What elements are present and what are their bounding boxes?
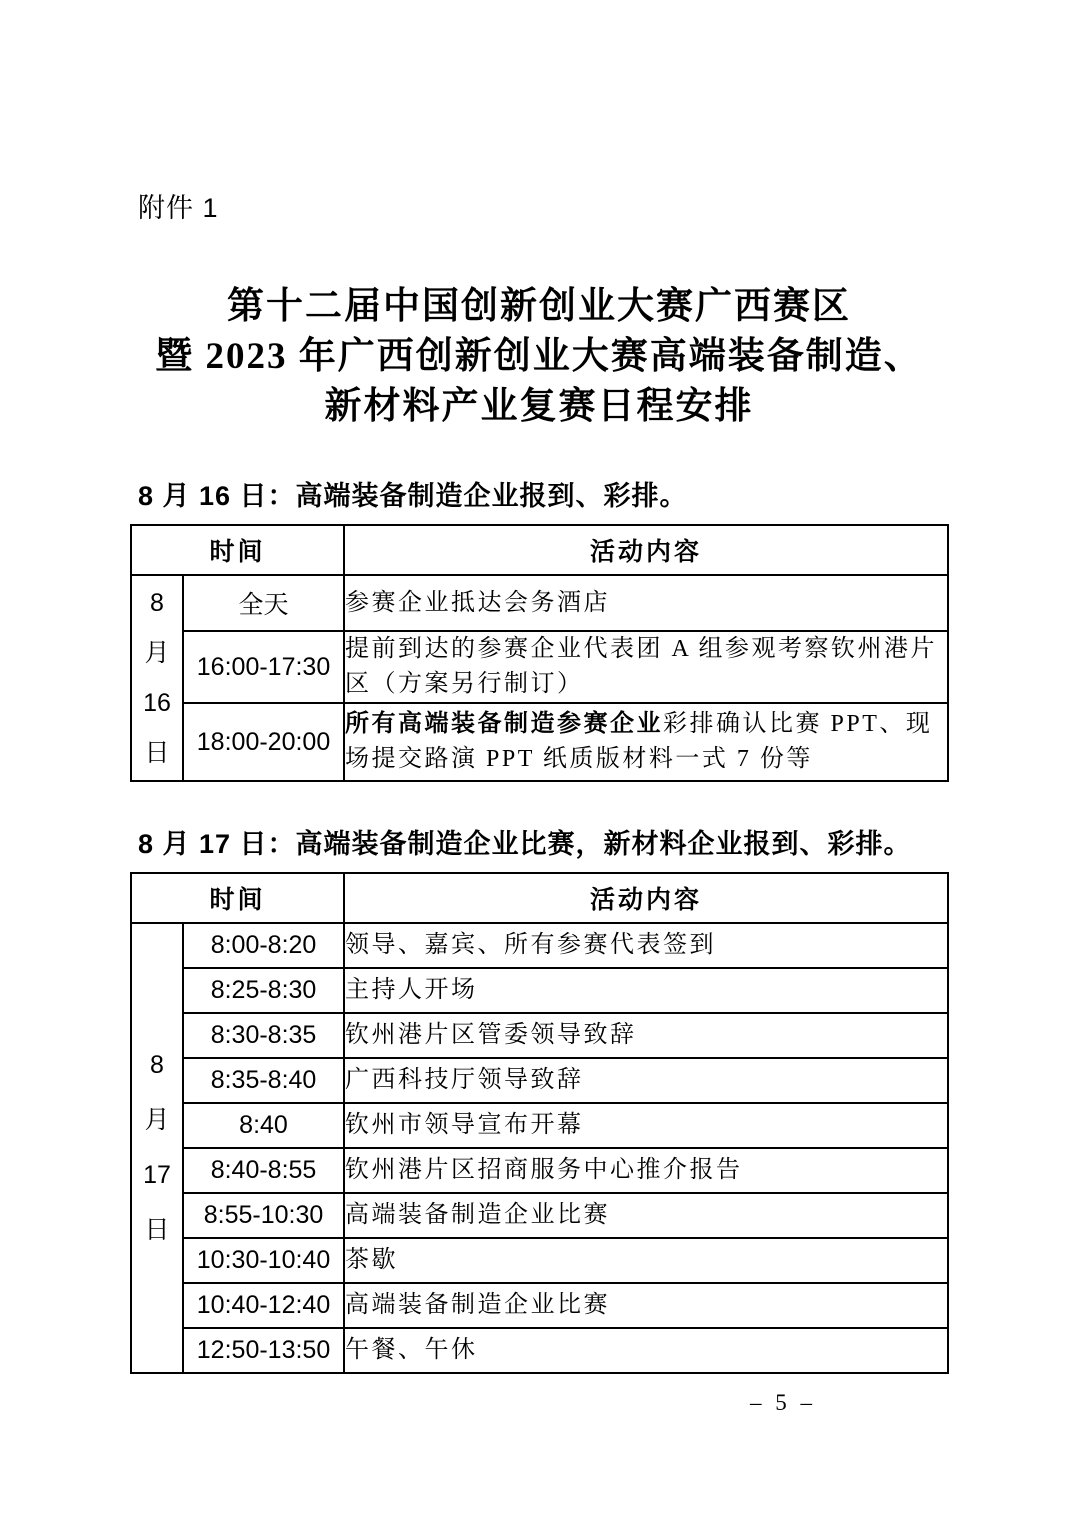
time-cell: 10:30-10:40 [183,1238,344,1283]
table-header-row: 时间 活动内容 [131,873,948,923]
schedule-table-aug17: 时间 活动内容 8月17日8:00-8:20领导、嘉宾、所有参赛代表签到8:25… [130,872,949,1374]
title-line-1: 第十二届中国创新创业大赛广西赛区 [130,282,948,332]
activity-bold-text: 所有高端装备制造参赛企业 [345,711,663,737]
title-line-3: 新材料产业复赛日程安排 [130,382,948,432]
table-row: 8:35-8:40广西科技厅领导致辞 [131,1058,948,1103]
column-header-time: 时间 [131,525,344,575]
document-page: 附件 1 第十二届中国创新创业大赛广西赛区 暨 2023 年广西创新创业大赛高端… [0,0,1074,1520]
section-heading-aug17: 8 月 17 日：高端装备制造企业比赛，新材料企业报到、彩排。 [138,826,948,862]
table-row: 8月17日8:00-8:20领导、嘉宾、所有参赛代表签到 [131,923,948,968]
activity-cell: 钦州港片区管委领导致辞 [344,1013,948,1058]
table-row: 10:40-12:40高端装备制造企业比赛 [131,1283,948,1328]
activity-cell: 茶歇 [344,1238,948,1283]
table-row: 8月16日全天参赛企业抵达会务酒店 [131,575,948,631]
table-row: 8:25-8:30主持人开场 [131,968,948,1013]
schedule-table-aug16: 时间 活动内容 8月16日全天参赛企业抵达会务酒店16:00-17:30提前到达… [130,524,949,782]
time-cell: 8:40-8:55 [183,1148,344,1193]
time-cell: 8:00-8:20 [183,923,344,968]
activity-cell: 高端装备制造企业比赛 [344,1283,948,1328]
document-title: 第十二届中国创新创业大赛广西赛区 暨 2023 年广西创新创业大赛高端装备制造、… [130,282,948,432]
date-char: 8 [132,578,182,628]
date-char: 16 [132,678,182,728]
time-cell: 8:25-8:30 [183,968,344,1013]
time-cell: 8:55-10:30 [183,1193,344,1238]
activity-cell: 主持人开场 [344,968,948,1013]
table-header-row: 时间 活动内容 [131,525,948,575]
time-cell: 18:00-20:00 [183,703,344,781]
table-row: 16:00-17:30提前到达的参赛企业代表团 A 组参观考察钦州港片区（方案另… [131,631,948,703]
activity-cell: 领导、嘉宾、所有参赛代表签到 [344,923,948,968]
date-char: 8 [132,1038,182,1093]
time-cell: 全天 [183,575,344,631]
activity-cell: 高端装备制造企业比赛 [344,1193,948,1238]
column-header-activity: 活动内容 [344,873,948,923]
date-char: 月 [132,1093,182,1148]
activity-cell: 午餐、午休 [344,1328,948,1373]
table-row: 12:50-13:50午餐、午休 [131,1328,948,1373]
table-row: 8:40钦州市领导宣布开幕 [131,1103,948,1148]
title-line-2: 暨 2023 年广西创新创业大赛高端装备制造、 [130,332,948,382]
page-number: – 5 – [130,1390,948,1416]
activity-cell: 参赛企业抵达会务酒店 [344,575,948,631]
section-heading-aug16: 8 月 16 日：高端装备制造企业报到、彩排。 [138,478,948,514]
table-row: 18:00-20:00所有高端装备制造参赛企业彩排确认比赛 PPT、现场提交路演… [131,703,948,781]
date-char: 月 [132,628,182,678]
column-header-time: 时间 [131,873,344,923]
document-content: 附件 1 第十二届中国创新创业大赛广西赛区 暨 2023 年广西创新创业大赛高端… [130,0,948,1416]
date-cell: 8月17日 [131,923,183,1373]
time-cell: 8:40 [183,1103,344,1148]
activity-cell: 提前到达的参赛企业代表团 A 组参观考察钦州港片区（方案另行制订） [344,631,948,703]
time-cell: 8:30-8:35 [183,1013,344,1058]
time-cell: 16:00-17:30 [183,631,344,703]
date-cell: 8月16日 [131,575,183,781]
time-cell: 8:35-8:40 [183,1058,344,1103]
activity-cell: 广西科技厅领导致辞 [344,1058,948,1103]
table-row: 8:30-8:35钦州港片区管委领导致辞 [131,1013,948,1058]
date-char: 日 [132,1203,182,1258]
activity-cell: 所有高端装备制造参赛企业彩排确认比赛 PPT、现场提交路演 PPT 纸质版材料一… [344,703,948,781]
table-row: 10:30-10:40茶歇 [131,1238,948,1283]
date-char: 17 [132,1148,182,1203]
table-row: 8:55-10:30高端装备制造企业比赛 [131,1193,948,1238]
time-cell: 12:50-13:50 [183,1328,344,1373]
activity-cell: 钦州港片区招商服务中心推介报告 [344,1148,948,1193]
activity-cell: 钦州市领导宣布开幕 [344,1103,948,1148]
table-row: 8:40-8:55钦州港片区招商服务中心推介报告 [131,1148,948,1193]
date-char: 日 [132,728,182,778]
attachment-label: 附件 1 [138,192,948,224]
time-cell: 10:40-12:40 [183,1283,344,1328]
column-header-activity: 活动内容 [344,525,948,575]
